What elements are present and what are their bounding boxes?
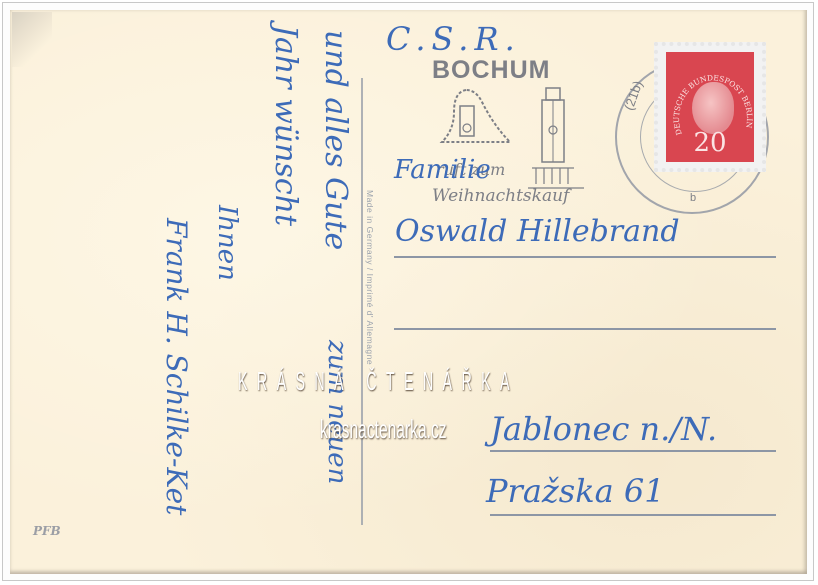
cancel-slogan-line-2: Weihnachtskauf xyxy=(432,186,569,206)
watermark-title: KRÁSNÁ ČTENÁŘKA xyxy=(238,366,579,397)
address-country: C.S.R. xyxy=(386,20,521,58)
cancel-city: BOCHUM xyxy=(432,56,551,85)
address-line-1 xyxy=(394,256,776,258)
message-line-4: Ihnen xyxy=(212,205,242,281)
worn-corner xyxy=(12,12,52,67)
publisher-logo: PFB xyxy=(33,524,61,538)
address-city: Jablonec n./N. xyxy=(490,410,717,448)
postmark-line-letter: b xyxy=(690,192,696,204)
bell-icon xyxy=(436,82,516,162)
message-line-3: Jahr wünscht xyxy=(268,25,303,226)
svg-text:DEUTSCHE BUNDESPOST BERLIN: DEUTSCHE BUNDESPOST BERLIN xyxy=(672,73,754,136)
address-line-3 xyxy=(490,450,776,452)
address-line-4 xyxy=(490,514,776,516)
address-street: Pražska 61 xyxy=(486,472,665,510)
watermark-url: krasnactenarka.cz xyxy=(320,414,447,445)
address-salutation: Familie xyxy=(394,155,491,185)
signature: Frank H. Schilke-Ket xyxy=(160,218,193,515)
message-line-2: zum neuen xyxy=(322,340,352,484)
stamp-value: 20 xyxy=(666,128,754,158)
tower-icon xyxy=(528,84,588,194)
postage-stamp: DEUTSCHE BUNDESPOST BERLIN 20 xyxy=(654,42,766,172)
address-name: Oswald Hillebrand xyxy=(395,214,680,249)
imprint-text: Made in Germany / Imprimé d' Allemagne xyxy=(365,190,375,365)
message-line-1: und alles Gute xyxy=(318,30,353,250)
card-divider xyxy=(361,78,363,525)
address-line-2 xyxy=(394,328,776,330)
